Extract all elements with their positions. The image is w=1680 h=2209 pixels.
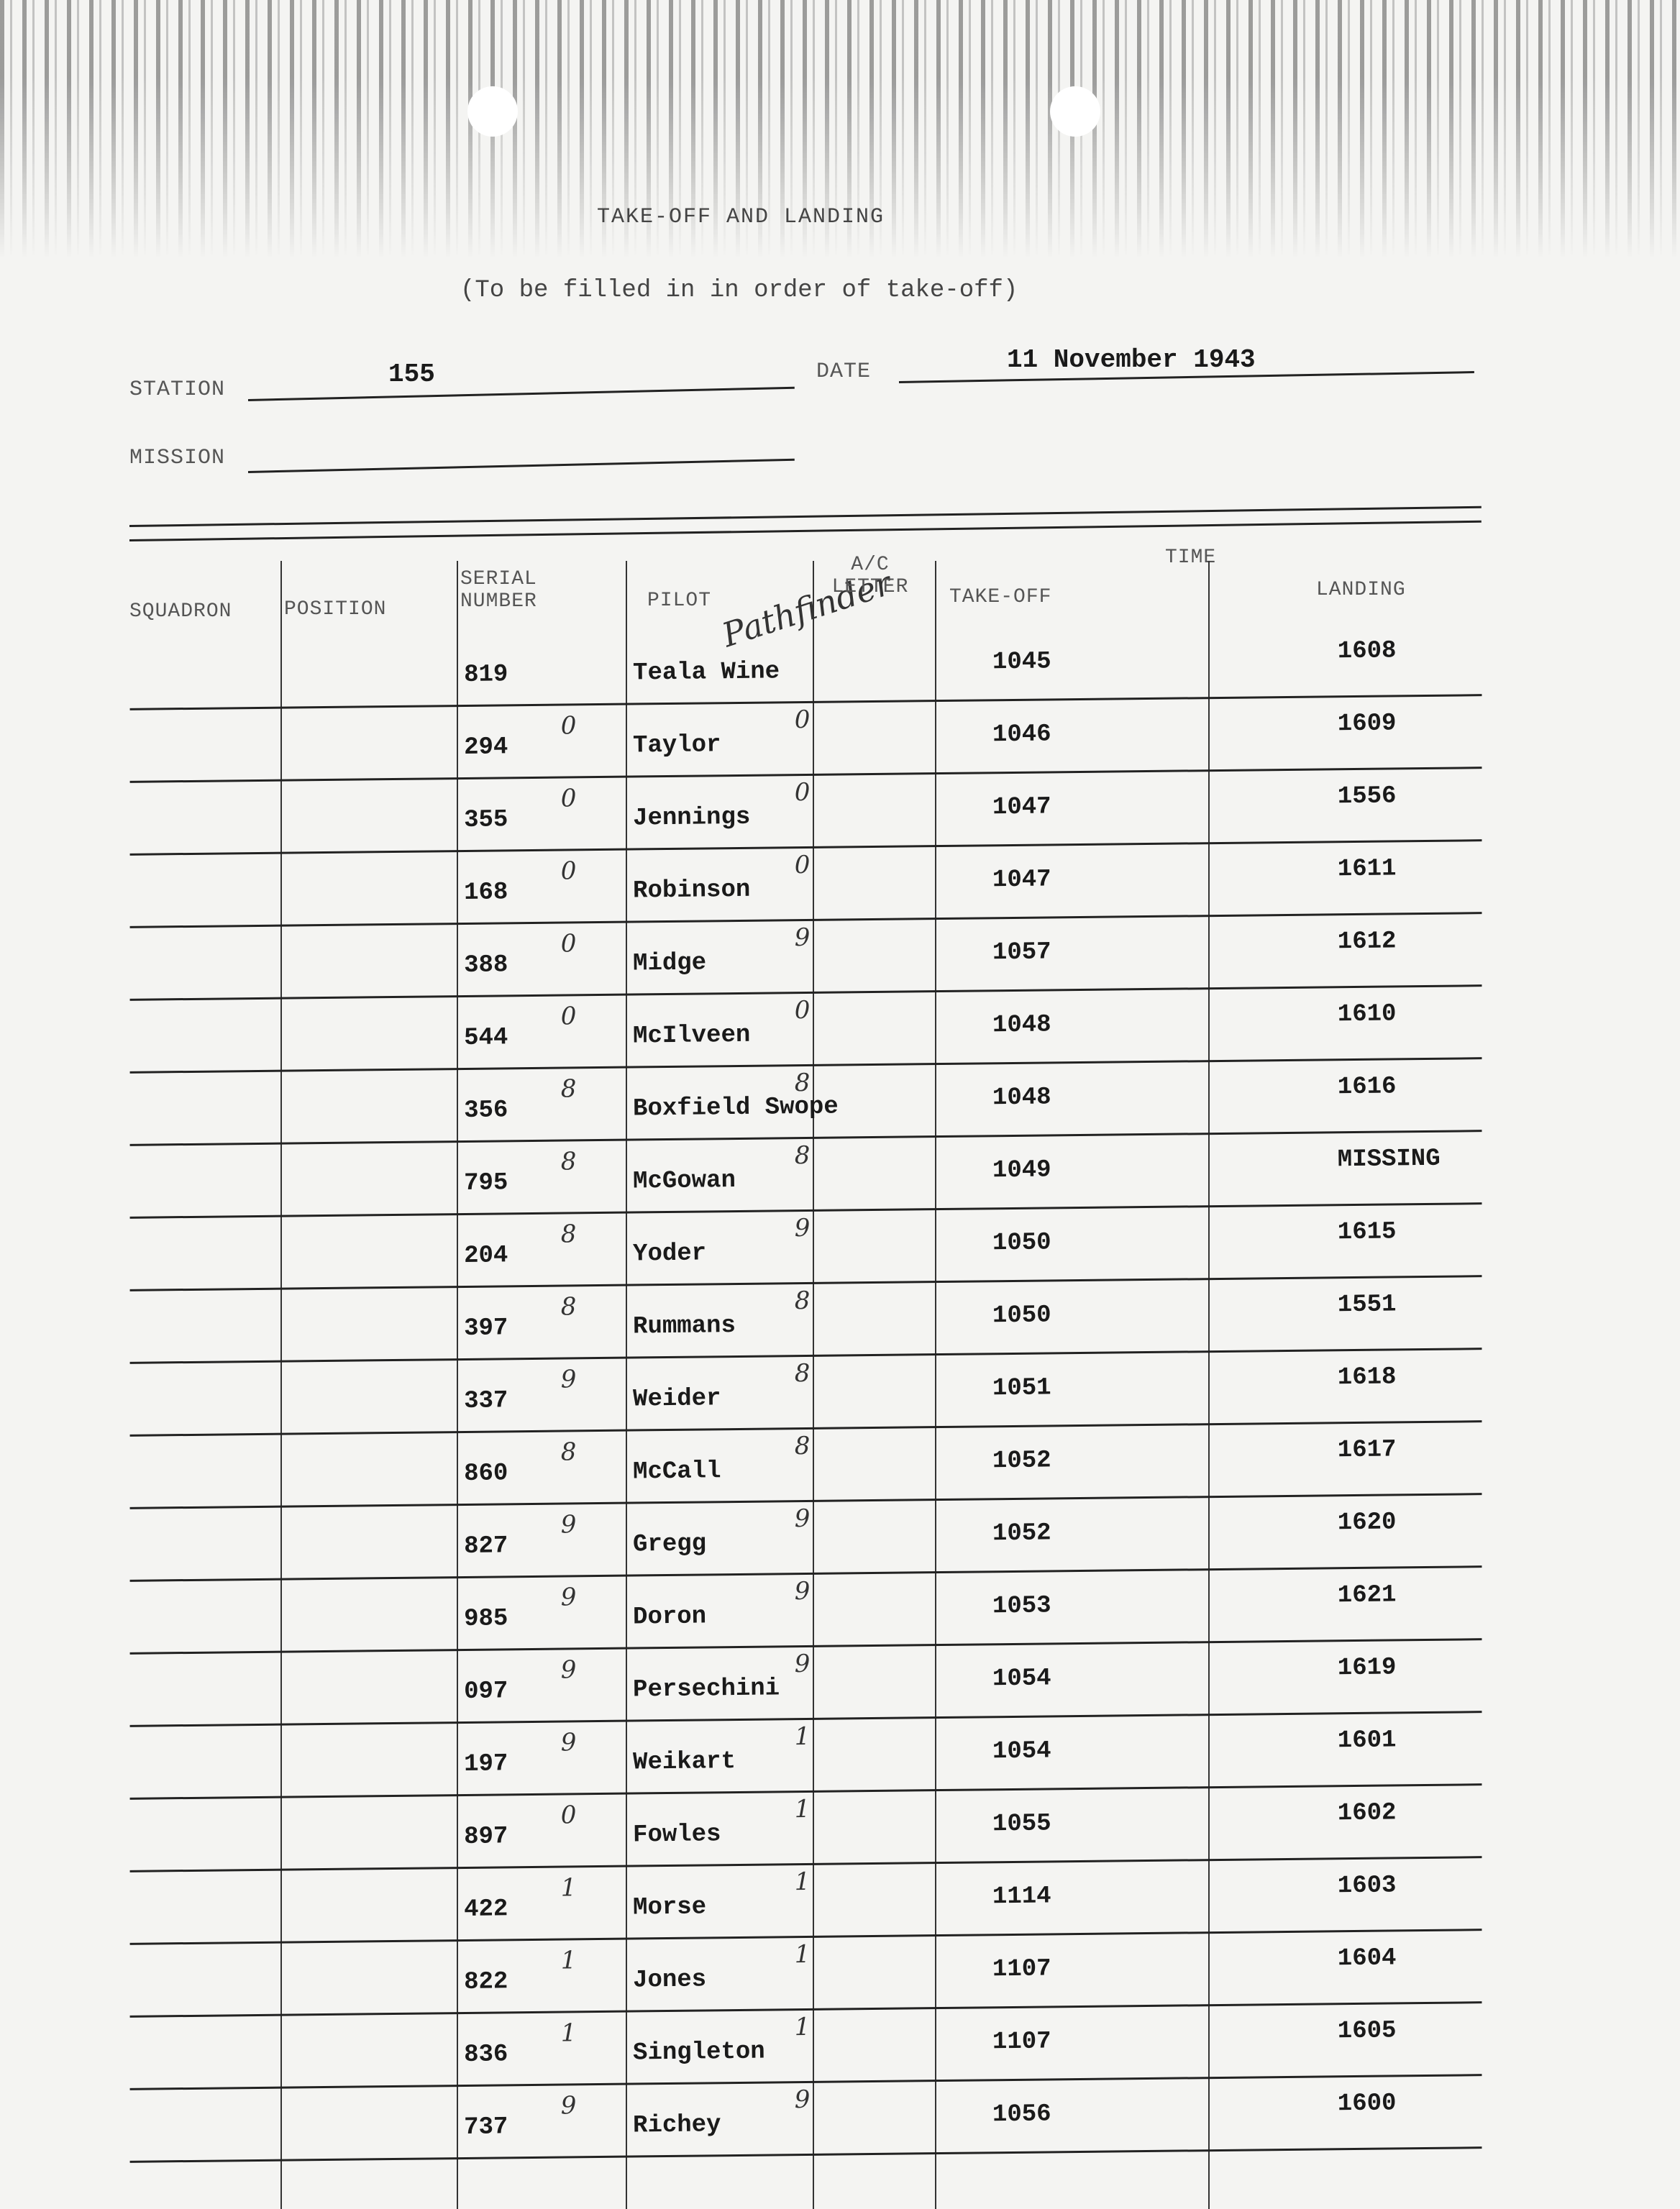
pilot-name: McGowan (633, 1167, 736, 1195)
serial-number: 897 (464, 1823, 508, 1851)
station-label: STATION (129, 378, 225, 402)
landing-time: 1604 (1338, 1944, 1397, 1972)
pilot-name: McIlveen (633, 1022, 751, 1051)
table-row: 737 9 Richey 9 1056 1600 (129, 2075, 1482, 2163)
landing-time: 1618 (1338, 1363, 1397, 1391)
pencil-mark: 8 (795, 1069, 811, 1097)
pilot-name: Jones (633, 1966, 706, 1994)
serial-number: 337 (464, 1387, 508, 1415)
pencil-mark: 9 (795, 2085, 811, 2114)
pilot-name: Fowles (633, 1821, 721, 1849)
form-subtitle: (To be filled in in order of take-off) (460, 277, 1018, 304)
pilot-name: Taylor (633, 731, 721, 759)
serial-number: 204 (464, 1242, 508, 1270)
landing-time: MISSING (1338, 1145, 1441, 1174)
pencil-mark: 8 (561, 1074, 577, 1103)
pencil-mark: 1 (795, 1722, 811, 1751)
pencil-mark: 9 (561, 1583, 577, 1611)
pencil-mark: 1 (561, 1946, 577, 1975)
landing-time: 1616 (1338, 1073, 1397, 1101)
takeoff-time: 1107 (992, 2028, 1051, 2056)
pilot-name: Weider (633, 1385, 721, 1413)
landing-time: 1603 (1338, 1872, 1397, 1900)
landing-time: 1612 (1338, 928, 1397, 956)
serial-number: 388 (464, 951, 508, 979)
pencil-mark: 9 (561, 1655, 577, 1684)
pencil-mark: 8 (561, 1292, 577, 1321)
pilot-name: Yoder (633, 1240, 706, 1268)
serial-number: 819 (464, 661, 508, 689)
header-pilot: PILOT (647, 590, 711, 612)
serial-number: 397 (464, 1314, 508, 1343)
pencil-mark: 9 (561, 1728, 577, 1757)
pencil-mark: 8 (795, 1141, 811, 1170)
serial-number: 168 (464, 879, 508, 907)
serial-number: 985 (464, 1605, 508, 1633)
serial-number: 836 (464, 2041, 508, 2069)
header-ac-letter: A/C LETTER (820, 554, 921, 598)
takeoff-time: 1047 (992, 866, 1051, 894)
takeoff-time: 1054 (992, 1737, 1051, 1765)
header-landing: LANDING (1316, 579, 1406, 601)
takeoff-time: 1056 (992, 2100, 1051, 2128)
pencil-mark: 0 (795, 996, 811, 1025)
serial-number: 860 (464, 1460, 508, 1488)
takeoff-time: 1053 (992, 1592, 1051, 1620)
takeoff-time: 1048 (992, 1011, 1051, 1039)
landing-time: 1601 (1338, 1727, 1397, 1755)
form-title: TAKE-OFF AND LANDING (597, 205, 885, 229)
date-label: DATE (816, 360, 871, 384)
landing-time: 1556 (1338, 782, 1397, 810)
header-take-off: TAKE-OFF (949, 586, 1051, 608)
takeoff-time: 1054 (992, 1665, 1051, 1693)
landing-time: 1609 (1338, 710, 1397, 738)
pencil-mark: 8 (561, 1220, 577, 1248)
station-value: 155 (388, 360, 435, 389)
takeoff-time: 1057 (992, 938, 1051, 966)
takeoff-time: 1045 (992, 648, 1051, 676)
header-squadron: SQUADRON (129, 600, 232, 623)
pencil-mark: 9 (561, 2091, 577, 2120)
pencil-mark: 9 (795, 1504, 811, 1533)
serial-number: 737 (464, 2113, 508, 2141)
pencil-mark: 0 (561, 784, 577, 813)
takeoff-time: 1047 (992, 793, 1051, 821)
landing-time: 1608 (1338, 637, 1397, 665)
landing-time: 1600 (1338, 2090, 1397, 2118)
pilot-name: Singleton (633, 2039, 765, 2067)
pilot-name: Doron (633, 1603, 706, 1631)
serial-number: 544 (464, 1024, 508, 1052)
pilot-name: Midge (633, 949, 706, 977)
landing-time: 1610 (1338, 1000, 1397, 1028)
landing-time: 1605 (1338, 2017, 1397, 2045)
landing-time: 1602 (1338, 1799, 1397, 1827)
pilot-name: Persechini (633, 1675, 780, 1703)
landing-time: 1619 (1338, 1654, 1397, 1682)
pencil-mark: 1 (561, 2018, 577, 2047)
takeoff-time: 1051 (992, 1374, 1051, 1402)
takeoff-time: 1050 (992, 1302, 1051, 1330)
takeoff-time: 1052 (992, 1447, 1051, 1475)
landing-time: 1620 (1338, 1509, 1397, 1537)
takeoff-time: 1114 (992, 1883, 1051, 1911)
takeoff-time: 1055 (992, 1810, 1051, 1838)
takeoff-time: 1107 (992, 1955, 1051, 1983)
pencil-mark: 0 (795, 851, 811, 879)
mission-label: MISSION (129, 446, 225, 470)
landing-time: 1617 (1338, 1436, 1397, 1464)
takeoff-time: 1046 (992, 721, 1051, 749)
serial-number: 795 (464, 1169, 508, 1197)
pilot-name: Morse (633, 1893, 706, 1921)
serial-number: 822 (464, 1968, 508, 1996)
pencil-mark: 0 (561, 1801, 577, 1829)
pencil-mark: 0 (561, 711, 577, 740)
serial-number: 355 (464, 806, 508, 834)
pencil-mark: 8 (561, 1147, 577, 1176)
pencil-mark: 0 (561, 929, 577, 958)
header-serial-number: SERIAL NUMBER (460, 568, 597, 613)
serial-number: 097 (464, 1678, 508, 1706)
pencil-mark: 1 (561, 1873, 577, 1902)
landing-time: 1551 (1338, 1291, 1397, 1319)
landing-time: 1611 (1338, 855, 1397, 883)
pencil-mark: 8 (561, 1437, 577, 1466)
pilot-name: Jennings (633, 804, 751, 833)
serial-number: 294 (464, 733, 508, 762)
pencil-mark: 0 (795, 778, 811, 807)
pencil-mark: 9 (795, 1214, 811, 1243)
takeoff-time: 1048 (992, 1084, 1051, 1112)
landing-time: 1621 (1338, 1581, 1397, 1609)
pencil-mark: 8 (795, 1432, 811, 1460)
station-underline (248, 387, 795, 401)
pencil-mark: 9 (561, 1365, 577, 1394)
serial-number: 827 (464, 1532, 508, 1560)
landing-time: 1615 (1338, 1218, 1397, 1246)
serial-number: 422 (464, 1895, 508, 1924)
pencil-mark: 1 (795, 2013, 811, 2041)
takeoff-time: 1052 (992, 1519, 1051, 1547)
date-value: 11 November 1943 (1007, 345, 1256, 375)
pencil-mark: 8 (795, 1286, 811, 1315)
header-position: POSITION (284, 598, 386, 621)
punch-hole-right (1050, 86, 1100, 137)
pilot-name: McCall (633, 1458, 721, 1486)
pencil-mark: 1 (795, 1795, 811, 1824)
takeoff-time: 1050 (992, 1229, 1051, 1257)
pilot-name: Rummans (633, 1312, 736, 1340)
pencil-mark: 0 (561, 1002, 577, 1030)
pencil-mark: 9 (795, 1650, 811, 1678)
serial-number: 356 (464, 1097, 508, 1125)
mission-underline (248, 459, 795, 473)
pencil-mark: 0 (561, 856, 577, 885)
punch-hole-left (467, 86, 518, 137)
pilot-name: Teala Wine (633, 658, 780, 687)
pencil-mark: 0 (795, 705, 811, 734)
pencil-mark: 9 (795, 1577, 811, 1606)
takeoff-time: 1049 (992, 1156, 1051, 1184)
pencil-mark: 9 (561, 1510, 577, 1539)
pilot-name: Gregg (633, 1530, 706, 1558)
pencil-mark: 9 (795, 923, 811, 952)
pencil-mark: 1 (795, 1867, 811, 1896)
pilot-name: Richey (633, 2111, 721, 2139)
pilot-name: Robinson (633, 877, 751, 905)
pilot-name: Boxfield Swope (633, 1094, 839, 1123)
serial-number: 197 (464, 1750, 508, 1778)
pencil-mark: 1 (795, 1940, 811, 1969)
pencil-mark: 8 (795, 1359, 811, 1388)
pilot-name: Weikart (633, 1748, 736, 1776)
